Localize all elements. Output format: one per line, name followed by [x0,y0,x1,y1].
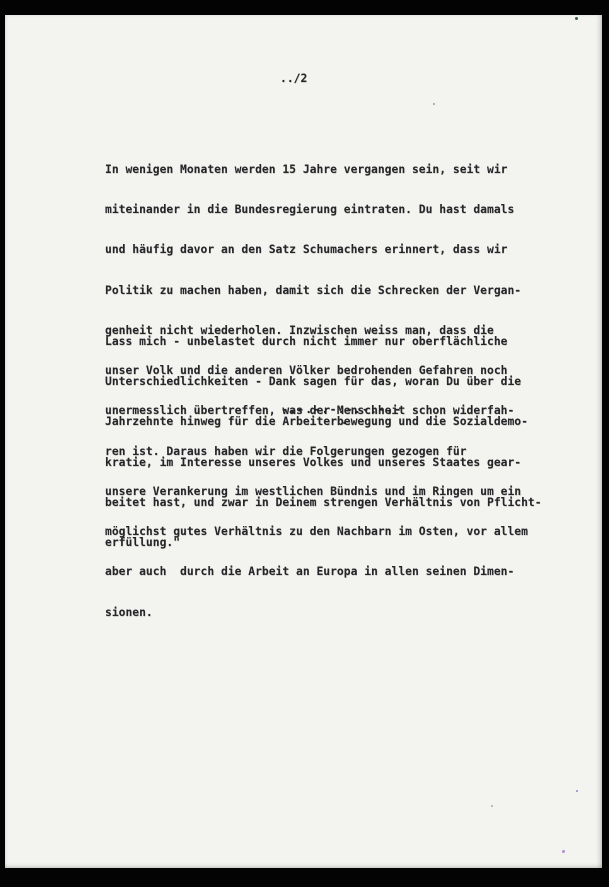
paragraph-1-line: und häufig davor an den Satz Schumachers… [105,243,528,256]
document-paper: ../2 In wenigen Monaten werden 15 Jahre … [5,15,602,868]
paragraph-1-line: miteinander in die Bundesregierung eintr… [105,203,528,216]
scan-speck [576,790,578,792]
paragraph-2-line: Lass mich - unbelastet durch nicht immer… [105,335,542,348]
paragraph-2-line: kratie, im Interesse unseres Volkes und … [105,456,542,469]
scan-speck [433,103,435,105]
paragraph-2-line: erfüllung." [105,536,542,549]
paragraph-1-line: In wenigen Monaten werden 15 Jahre verga… [105,163,528,176]
paragraph-1-line: sionen. [105,606,528,619]
scan-speck [491,805,493,807]
scan-speck [575,17,578,20]
scanned-page-frame: ../2 In wenigen Monaten werden 15 Jahre … [0,0,609,887]
page-number-marker: ../2 [280,72,307,85]
scan-speck [562,850,565,853]
paragraph-2-line: Unterschiedlichkeiten - Dank sagen für d… [105,375,542,388]
paragraph-2-line: beitet hast, und zwar in Deinem strengen… [105,496,542,509]
paragraph-1-line: Politik zu machen haben, damit sich die … [105,284,528,297]
separator-stray-dot: . [341,414,348,427]
paragraph-2: Lass mich - unbelastet durch nicht immer… [105,308,542,576]
paragraph-2-line: Jahrzehnte hinweg für die Arbeiterbewegu… [105,415,542,428]
